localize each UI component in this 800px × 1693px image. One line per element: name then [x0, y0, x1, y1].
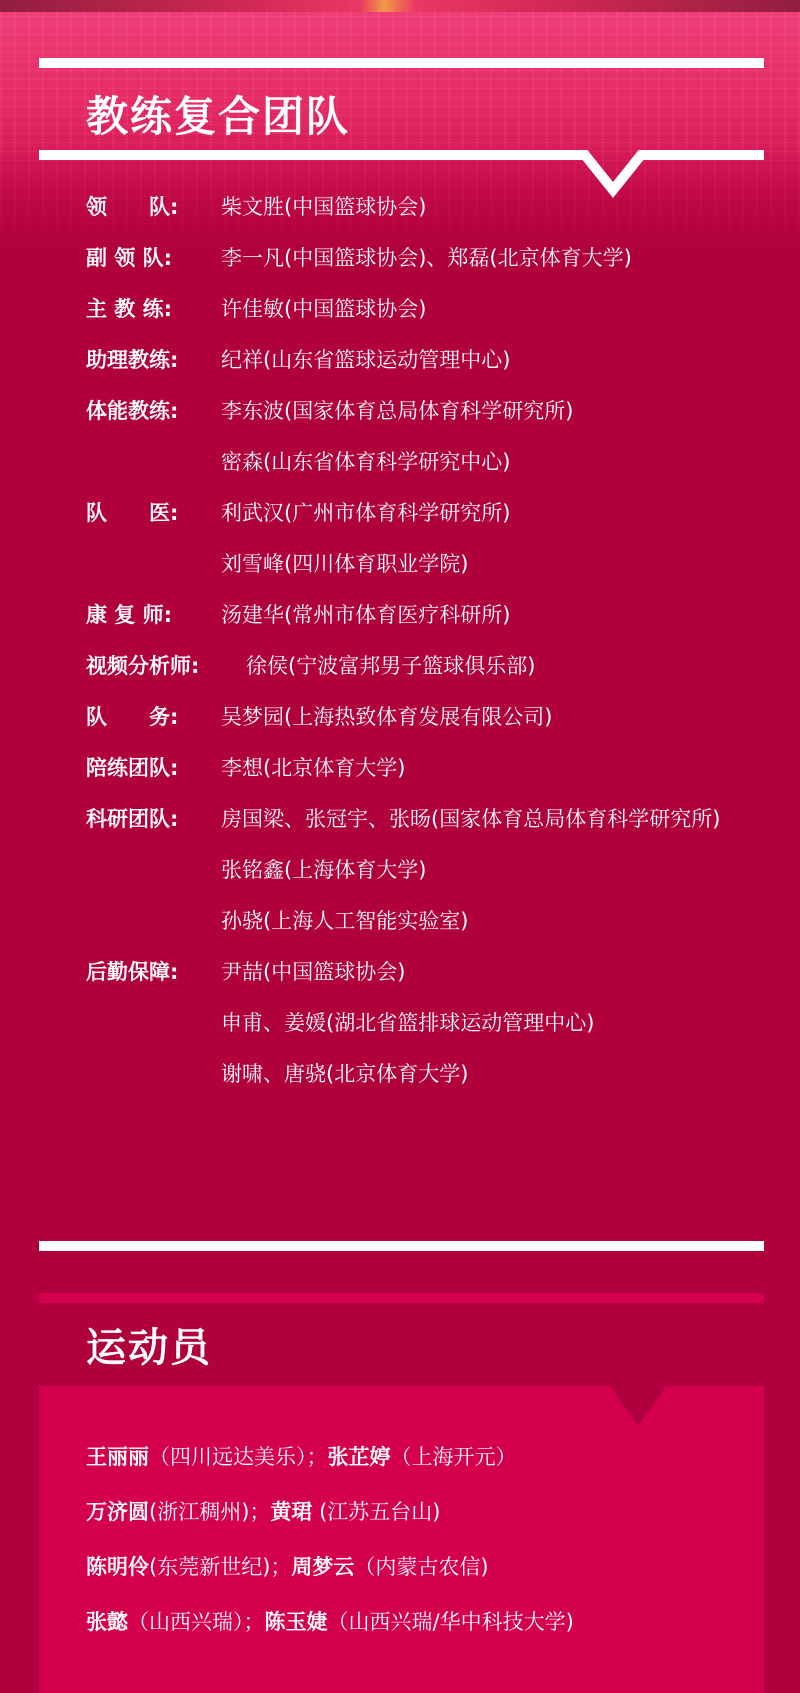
staff-row-fitness-coach: 体能教练: 李东波(国家体育总局体育科学研究所): [86, 394, 800, 445]
role-label: 主 教 练:: [86, 292, 172, 326]
staff-row-team-leader: 领 队: 柴文胜(中国篮球协会): [86, 190, 800, 241]
staff-value: 许佳敏(中国篮球协会): [221, 292, 426, 326]
role-label: 陪练团队:: [86, 751, 178, 785]
staff-value: 纪祥(山东省篮球运动管理中心): [221, 343, 510, 377]
athlete-club: (江苏五台山): [312, 1500, 440, 1524]
staff-row-sparring: 陪练团队: 李想(北京体育大学): [86, 751, 800, 802]
staff-value: 申甫、姜媛(湖北省篮排球运动管理中心): [221, 1006, 594, 1040]
staff-row-logistics-3: 谢啸、唐骁(北京体育大学): [86, 1057, 800, 1108]
triangle-notch-icon: [0, 1386, 800, 1446]
athlete-club: （内蒙古农信): [354, 1555, 488, 1579]
staff-value: 利武汉(广州市体育科学研究所): [221, 496, 510, 530]
staff-value: 密森(山东省体育科学研究中心): [221, 445, 510, 479]
staff-value: 谢啸、唐骁(北京体育大学): [221, 1057, 468, 1091]
staff-value: 吴梦园(上海热致体育发展有限公司): [221, 700, 552, 734]
section-divider-bar: [39, 1241, 764, 1251]
athlete-club: （山西兴瑞）；: [128, 1610, 265, 1634]
athlete-club: (东莞新世纪)；: [149, 1555, 291, 1579]
staff-value: 李东波(国家体育总局体育科学研究所): [221, 394, 573, 428]
athlete-name: 黄珺: [270, 1500, 312, 1524]
role-label: 领 队:: [86, 190, 178, 224]
staff-row-research: 科研团队: 房国梁、张冠宇、张旸(国家体育总局体育科学研究所): [86, 802, 800, 853]
staff-row-rehab: 康 复 师: 汤建华(常州市体育医疗科研所): [86, 598, 800, 649]
staff-value: 柴文胜(中国篮球协会): [221, 190, 426, 224]
role-label: 后勤保障:: [86, 955, 178, 989]
athlete-row: 张懿（山西兴瑞）；陈玉婕（山西兴瑞/华中科技大学): [86, 1605, 786, 1660]
athlete-name: 王丽丽: [86, 1445, 149, 1469]
staff-row-research-3: 孙骁(上海人工智能实验室): [86, 904, 800, 955]
role-label: 视频分析师:: [86, 649, 199, 683]
staff-row-research-2: 张铭鑫(上海体育大学): [86, 853, 800, 904]
staff-row-logistics-2: 申甫、姜媛(湖北省篮排球运动管理中心): [86, 1006, 800, 1057]
athlete-name: 周梦云: [291, 1555, 354, 1579]
staff-row-team-doctor-2: 刘雪峰(四川体育职业学院): [86, 547, 800, 598]
athlete-name: 陈明伶: [86, 1555, 149, 1579]
staff-value: 尹喆(中国篮球协会): [221, 955, 405, 989]
role-label: 助理教练:: [86, 343, 178, 377]
staff-value: 汤建华(常州市体育医疗科研所): [221, 598, 510, 632]
role-label: 体能教练:: [86, 394, 178, 428]
athlete-club: (浙江稠州)；: [149, 1500, 270, 1524]
staff-row-logistics: 后勤保障: 尹喆(中国篮球协会): [86, 955, 800, 1006]
staff-value: 房国梁、张冠宇、张旸(国家体育总局体育科学研究所): [221, 802, 720, 836]
staff-value: 李想(北京体育大学): [221, 751, 405, 785]
staff-row-fitness-coach-2: 密森(山东省体育科学研究中心): [86, 445, 800, 496]
athletes-top-stripe: [39, 1293, 764, 1303]
staff-row-assistant-coach: 助理教练: 纪祥(山东省篮球运动管理中心): [86, 343, 800, 394]
role-label: 队 务:: [86, 700, 178, 734]
role-label: 康 复 师:: [86, 598, 172, 632]
staff-value: 李一凡(中国篮球协会)、郑磊(北京体育大学): [221, 241, 632, 275]
role-label: 队 医:: [86, 496, 178, 530]
staff-row-team-doctor: 队 医: 利武汉(广州市体育科学研究所): [86, 496, 800, 547]
staff-value: 刘雪峰(四川体育职业学院): [221, 547, 468, 581]
athlete-name: 张芷婷: [328, 1445, 391, 1469]
athlete-name: 万济圆: [86, 1500, 149, 1524]
athlete-club: （四川远达美乐）；: [149, 1445, 328, 1469]
staff-value: 张铭鑫(上海体育大学): [221, 853, 426, 887]
coaching-staff-list: 领 队: 柴文胜(中国篮球协会) 副 领 队: 李一凡(中国篮球协会)、郑磊(北…: [86, 190, 800, 1108]
staff-row-video-analyst: 视频分析师: 徐侯(宁波富邦男子篮球俱乐部): [86, 649, 800, 700]
athletes-list: 王丽丽（四川远达美乐）；张芷婷（上海开元） 万济圆(浙江稠州)；黄珺 (江苏五台…: [86, 1440, 786, 1660]
athlete-row: 陈明伶(东莞新世纪)；周梦云（内蒙古农信): [86, 1550, 786, 1605]
athlete-name: 张懿: [86, 1610, 128, 1634]
staff-value: 徐侯(宁波富邦男子篮球俱乐部): [246, 649, 535, 683]
staff-row-team-affairs: 队 务: 吴梦园(上海热致体育发展有限公司): [86, 700, 800, 751]
role-label: 科研团队:: [86, 802, 178, 836]
athlete-row: 万济圆(浙江稠州)；黄珺 (江苏五台山): [86, 1495, 786, 1550]
staff-value: 孙骁(上海人工智能实验室): [221, 904, 468, 938]
athlete-name: 陈玉婕: [265, 1610, 328, 1634]
athlete-club: （上海开元）: [391, 1445, 517, 1469]
athletes-title: 运动员: [86, 1316, 212, 1373]
athlete-club: （山西兴瑞/华中科技大学): [328, 1610, 574, 1634]
v-notch-divider-icon: [0, 0, 800, 220]
role-label: 副 领 队:: [86, 241, 172, 275]
staff-row-head-coach: 主 教 练: 许佳敏(中国篮球协会): [86, 292, 800, 343]
staff-row-deputy-leader: 副 领 队: 李一凡(中国篮球协会)、郑磊(北京体育大学): [86, 241, 800, 292]
athlete-row: 王丽丽（四川远达美乐）；张芷婷（上海开元）: [86, 1440, 786, 1495]
